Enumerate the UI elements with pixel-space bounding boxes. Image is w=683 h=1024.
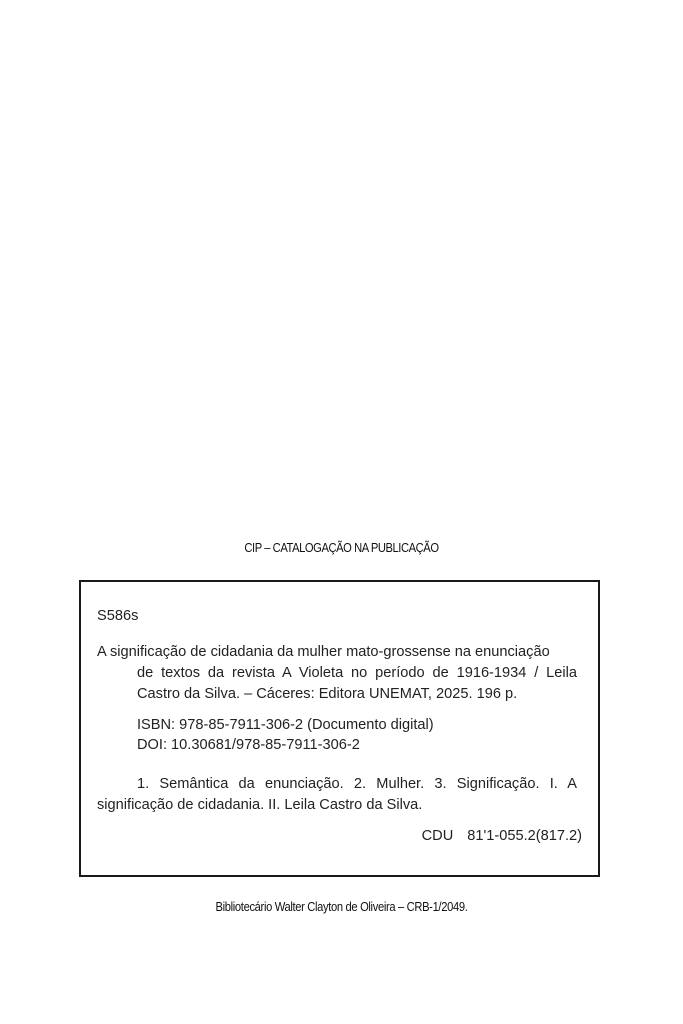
cdu-classification: CDU81'1-055.2(817.2) — [422, 828, 582, 844]
isbn: ISBN: 978-85-7911-306-2 (Documento digit… — [137, 715, 434, 735]
cutter-number: S586s — [97, 608, 138, 624]
main-entry-first-line: A significação de cidadania da mulher ma… — [97, 642, 577, 663]
doi: DOI: 10.30681/978-85-7911-306-2 — [137, 735, 434, 755]
identifiers: ISBN: 978-85-7911-306-2 (Documento digit… — [137, 715, 434, 755]
main-entry: A significação de cidadania da mulher ma… — [97, 642, 577, 705]
subject-headings: 1. Semântica da enunciação. 2. Mulher. 3… — [97, 774, 577, 816]
librarian-credit: Bibliotecário Walter Clayton de Oliveira… — [48, 899, 635, 914]
cdu-value: 81'1-055.2(817.2) — [467, 828, 582, 844]
catalog-record-box: S586s A significação de cidadania da mul… — [79, 580, 600, 877]
main-entry-continuation: de textos da revista A Violeta no períod… — [97, 663, 577, 705]
cip-heading: CIP – CATALOGAÇÃO NA PUBLICAÇÃO — [48, 540, 635, 555]
cdu-label: CDU — [422, 828, 454, 844]
